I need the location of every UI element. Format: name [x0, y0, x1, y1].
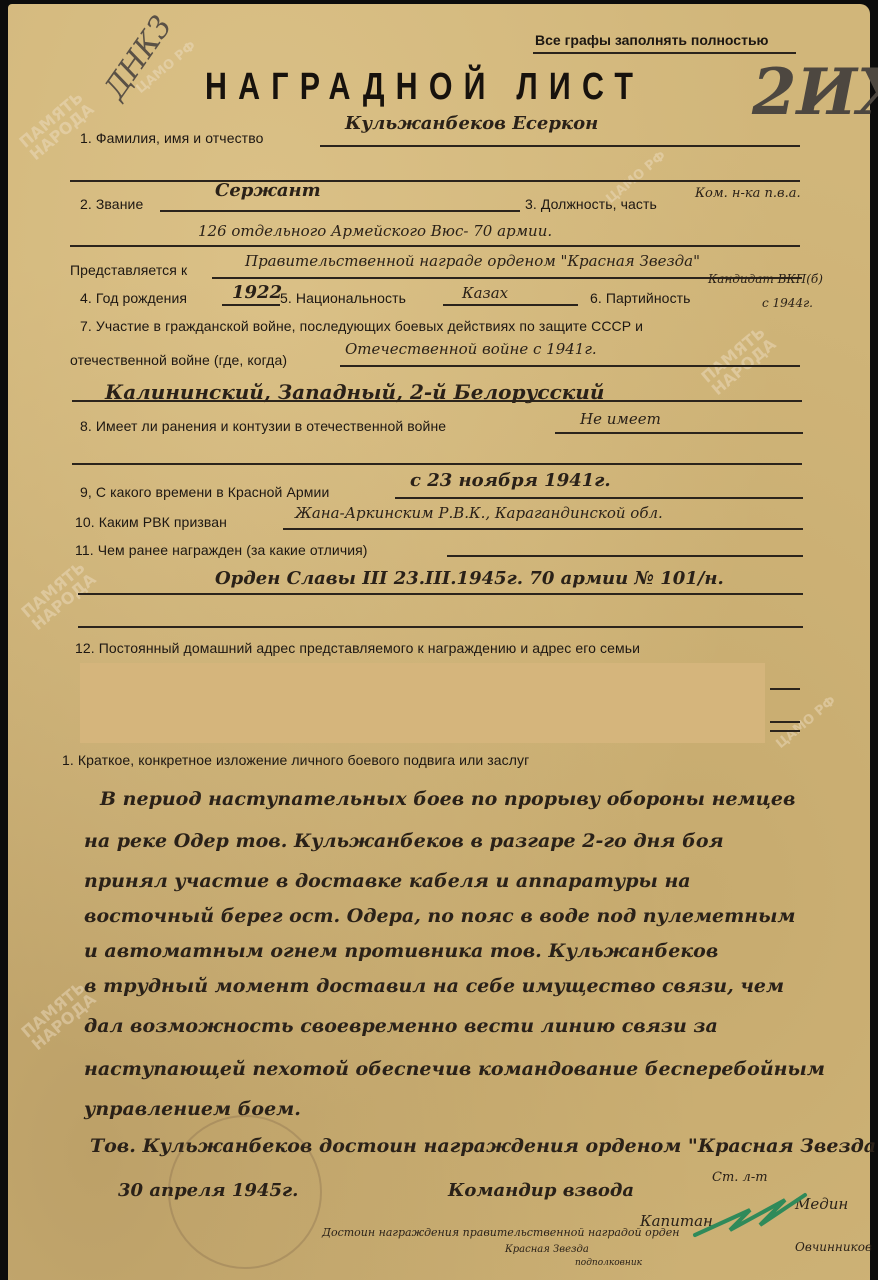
field-6-value-cont: с 1944г.: [762, 296, 813, 310]
feat-line: и автоматным огнем противника тов. Кульж…: [84, 940, 718, 962]
represent-value: Правительственной награде орденом "Красн…: [245, 252, 700, 270]
field-7-value: Отечественной войне с 1941г.: [345, 340, 597, 358]
feat-line: на реке Одер тов. Кульжанбеков в разгаре…: [84, 830, 724, 852]
divider: [533, 52, 796, 54]
field-5-value: Казах: [462, 284, 508, 302]
fill-line: [78, 626, 803, 628]
field-2-value: Сержант: [215, 180, 321, 201]
fill-line: [70, 180, 800, 182]
feat-line: наступающей пехотой обеспечив командован…: [84, 1058, 825, 1080]
pencil-note-right: 2ИХ: [752, 55, 878, 130]
field-1-value: Кульжанбеков Есеркон: [345, 113, 598, 134]
field-10-label: 10. Каким РВК призван: [75, 514, 227, 530]
fill-line: [770, 721, 800, 723]
fill-line: [72, 400, 802, 402]
redacted-address: [80, 663, 765, 743]
fill-line: [770, 688, 800, 690]
commander-title: Командир взвода: [448, 1180, 634, 1201]
field-5-label: 5. Национальность: [280, 290, 406, 306]
fill-line: [320, 145, 800, 147]
fill-line: [222, 304, 280, 306]
field-11-label: 11. Чем ранее награжден (за какие отличи…: [75, 542, 368, 558]
green-signature-mark: [690, 1190, 810, 1240]
document-title: НАГРАДНОЙ ЛИСТ: [205, 66, 644, 109]
endorsement-line2: Красная Звезда: [505, 1244, 589, 1255]
feat-line: управлением боем.: [84, 1098, 301, 1120]
field-9-value: с 23 ноября 1941г.: [410, 470, 611, 491]
feat-line: в трудный момент доставил на себе имущес…: [84, 975, 784, 997]
endorsement-line3: подполковник: [575, 1258, 642, 1268]
feat-line: дал возможность своевременно вести линию…: [84, 1015, 718, 1037]
field-6-value: Кандидат ВКП(б): [708, 272, 823, 286]
instruction-text: Все графы заполнять полностью: [535, 32, 769, 48]
fill-line: [770, 730, 800, 732]
fill-line: [447, 555, 803, 557]
field-10-value: Жана-Аркинским Р.В.К., Карагандинской об…: [295, 504, 663, 522]
fill-line: [443, 304, 578, 306]
field-3-label: 3. Должность, часть: [525, 196, 657, 212]
fill-line: [395, 497, 803, 499]
fill-line: [78, 593, 803, 595]
fill-line: [70, 245, 800, 247]
field-9-label: 9, С какого времени в Красной Армии: [80, 484, 329, 500]
field-6-label: 6. Партийность: [590, 290, 691, 306]
captain-signature: Овчинников: [795, 1240, 872, 1254]
field-3-value-cont: 126 отдельного Армейского Вюс- 70 армии.: [198, 222, 552, 240]
fill-line: [160, 210, 520, 212]
feat-line: принял участие в доставке кабеля и аппар…: [84, 870, 691, 892]
field-4-value: 1922: [232, 282, 282, 303]
field-2-label: 2. Звание: [80, 196, 143, 212]
fill-line: [340, 365, 800, 367]
field-4-label: 4. Год рождения: [80, 290, 187, 306]
endorsement-line1: Достоин награждения правительственной на…: [322, 1226, 680, 1239]
field-3-value: Ком. н-ка п.в.а.: [695, 186, 801, 201]
field-7-label-line1: 7. Участие в гражданской войне, последую…: [80, 318, 643, 334]
faded-stamp: [168, 1115, 322, 1269]
fill-line: [555, 432, 803, 434]
feat-label: 1. Краткое, конкретное изложение личного…: [62, 752, 529, 768]
field-8-label: 8. Имеет ли ранения и контузии в отечест…: [80, 418, 446, 434]
feat-line: В период наступательных боев по прорыву …: [100, 788, 795, 810]
represent-label: Представляется к: [70, 262, 187, 278]
rank-left: Ст. л-т: [712, 1170, 768, 1185]
field-7-label-line2: отечественной войне (где, когда): [70, 352, 287, 368]
field-11-value: Орден Славы III 23.III.1945г. 70 армии №…: [215, 568, 724, 589]
field-12-label: 12. Постоянный домашний адрес представля…: [75, 640, 640, 656]
feat-line: восточный берег ост. Одера, по пояс в во…: [84, 905, 795, 927]
fill-line: [72, 463, 802, 465]
field-8-value: Не имеет: [580, 410, 661, 428]
field-1-label: 1. Фамилия, имя и отчество: [80, 130, 263, 146]
fill-line: [283, 528, 803, 530]
